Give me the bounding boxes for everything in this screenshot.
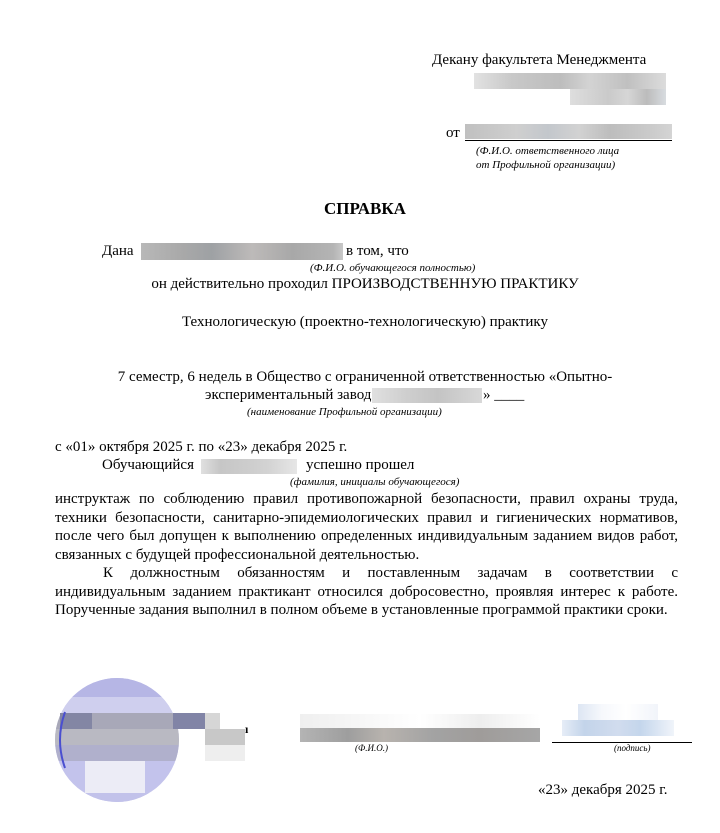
student-suffix: успешно прошел [306, 457, 414, 474]
given-suffix: в том, что [346, 243, 409, 260]
body-text: инструктаж по соблюдению правил противоп… [55, 490, 678, 620]
student-full-name-caption: (Ф.И.О. обучающегося полностью) [310, 262, 475, 274]
paragraph-evaluation: К должностным обязанностям и поставленны… [55, 564, 678, 620]
organization-caption: (наименование Профильной организации) [247, 406, 442, 418]
responsible-person-caption-1: (Ф.И.О. ответственного лица [476, 145, 619, 157]
redacted-signatory-name [300, 714, 540, 744]
stamp-redacted [55, 652, 255, 830]
responsible-person-caption-2: от Профильной организации) [476, 159, 615, 171]
redacted-addressee-name [474, 73, 666, 105]
practice-type: Технологическую (проектно-технологическу… [0, 314, 720, 331]
document-date: «23» декабря 2025 г. [538, 782, 668, 799]
student-prefix: Обучающийся [102, 457, 194, 474]
signatory-title-fragment: ı [245, 722, 248, 737]
from-label: от [446, 125, 460, 142]
student-short-name-caption: (фамилия, инициалы обучающегося) [290, 476, 459, 488]
organization-line-2-suffix: » ____ [483, 387, 524, 404]
responsible-person-underline [465, 140, 672, 141]
redacted-responsible-person [465, 124, 672, 139]
paragraph-instruction: инструктаж по соблюдению правил противоп… [55, 490, 678, 564]
addressee: Декану факультета Менеджмента [432, 52, 646, 69]
document-title: СПРАВКА [0, 199, 720, 219]
redacted-student-full-name [141, 243, 343, 260]
signatory-name-caption: (Ф.И.О.) [355, 743, 388, 753]
signature-redacted [562, 704, 674, 736]
given-prefix: Дана [102, 243, 134, 260]
redacted-organization-name [372, 388, 482, 403]
signature-caption: (подпись) [614, 743, 651, 753]
organization-line-1: 7 семестр, 6 недель в Общество с огранич… [0, 369, 720, 386]
practice-period: с «01» октября 2025 г. по «23» декабря 2… [55, 439, 347, 456]
practice-statement: он действительно проходил ПРОИЗВОДСТВЕНН… [0, 276, 720, 293]
redacted-student-short-name [201, 459, 297, 474]
organization-line-2-prefix: экспериментальный завод « [205, 387, 383, 404]
